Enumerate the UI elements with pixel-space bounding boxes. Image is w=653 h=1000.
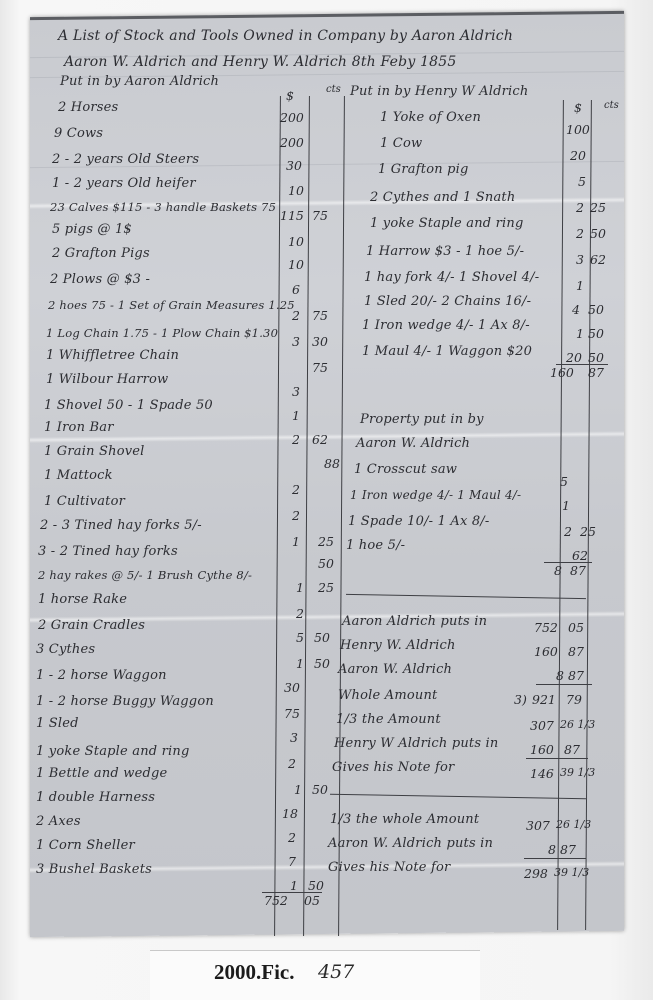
list-item: 1 Iron wedge 4/- 1 Maul 4/- xyxy=(350,488,521,502)
item-cents: 50 xyxy=(312,782,328,797)
summary-cents: 05 xyxy=(568,620,584,635)
item-dollars: 2 xyxy=(296,606,304,621)
list-item: 1 Shovel 50 - 1 Spade 50 xyxy=(44,398,213,413)
list-item: 1 Yoke of Oxen xyxy=(380,110,481,125)
sum-underline xyxy=(526,758,588,759)
list-item: 1 Grain Shovel xyxy=(44,444,145,459)
list-item: 1 hoe 5/- xyxy=(346,538,405,553)
list-item: 3 - 2 Tined hay forks xyxy=(38,544,178,559)
list-item: 1 yoke Staple and ring xyxy=(36,744,190,759)
item-dollars: 20 xyxy=(566,350,582,365)
list-item: 1 Wilbour Harrow xyxy=(46,372,168,387)
aaron-w-total-dollars: 8 xyxy=(554,563,562,578)
item-dollars: 30 xyxy=(284,680,300,695)
item-dollars: 18 xyxy=(282,806,298,821)
list-item: 1 Sled 20/- 2 Chains 16/- xyxy=(364,294,531,309)
list-item: 9 Cows xyxy=(54,126,103,141)
aaron-w-section-heading-2: Aaron W. Aldrich xyxy=(356,436,470,451)
henry-dollar-header: $ xyxy=(574,100,582,115)
item-cents: 75 xyxy=(312,208,328,223)
archive-label-card xyxy=(150,950,480,1000)
summary-row: 1/3 the whole Amount xyxy=(330,812,479,827)
item-cents: 25 xyxy=(318,580,334,595)
summary-divisor: 3) xyxy=(514,692,527,707)
item-dollars: 7 xyxy=(288,854,296,869)
list-item: 1 Cultivator xyxy=(44,494,125,509)
item-dollars: 2 xyxy=(292,508,300,523)
dollar-column-header: $ xyxy=(286,88,294,103)
list-item: 1 Corn Sheller xyxy=(36,838,135,853)
summary-row: 1/3 the Amount xyxy=(336,712,441,727)
list-item: 3 Cythes xyxy=(36,642,95,657)
item-dollars: 1 xyxy=(296,656,304,671)
list-item: 1 Mattock xyxy=(44,468,113,483)
summary-row: Henry W. Aldrich xyxy=(340,638,456,653)
list-item: 1 - 2 horse Buggy Waggon xyxy=(36,694,214,709)
item-dollars: 1 xyxy=(576,326,584,341)
item-dollars: 1 xyxy=(296,580,304,595)
item-dollars: 5 xyxy=(578,174,586,189)
item-cents: 50 xyxy=(588,350,604,365)
sum-underline xyxy=(536,684,592,685)
summary-row: Aaron W. Aldrich xyxy=(338,662,452,677)
item-cents: 25 xyxy=(590,200,606,215)
list-item: 2 hoes 75 - 1 Set of Grain Measures 1.25 xyxy=(48,298,295,312)
left-total-cents: 05 xyxy=(304,893,320,908)
item-dollars: 1 xyxy=(294,782,302,797)
summary-row: Gives his Note for xyxy=(328,860,450,875)
list-item: 2 Axes xyxy=(36,814,81,829)
list-item: 1 Cow xyxy=(380,136,422,151)
list-item: 2 Plows @ $3 - xyxy=(50,272,150,287)
list-item: 1 double Harness xyxy=(36,790,155,805)
list-item: 2 Grafton Pigs xyxy=(52,246,150,261)
summary-cents: 87 xyxy=(560,842,576,857)
list-item: 1 yoke Staple and ring xyxy=(370,216,524,231)
item-cents: 88 xyxy=(324,456,340,471)
item-dollars: 2 xyxy=(564,524,572,539)
henry-prefix: cts xyxy=(326,84,341,95)
list-item: 1 Crosscut saw xyxy=(354,462,457,477)
summary-dollars: 298 xyxy=(524,866,548,881)
list-item: 2 Grain Cradles xyxy=(38,618,145,633)
item-dollars: 20 xyxy=(570,148,586,163)
item-dollars: 75 xyxy=(284,706,300,721)
item-dollars: 5 xyxy=(560,474,568,489)
item-dollars: 1 xyxy=(576,278,584,293)
item-cents: 62 xyxy=(590,252,606,267)
item-dollars: 30 xyxy=(286,158,302,173)
item-cents: 50 xyxy=(308,878,324,893)
summary-dollars: 8 xyxy=(548,842,556,857)
item-dollars: 3 xyxy=(290,730,298,745)
item-dollars: 200 xyxy=(280,135,304,150)
summary-cents: 39 1/3 xyxy=(560,766,595,779)
list-item: 1 Whiffletree Chain xyxy=(46,348,179,363)
item-dollars: 2 xyxy=(292,432,300,447)
henry-cents-header: cts xyxy=(604,100,619,111)
item-cents: 25 xyxy=(580,524,596,539)
item-cents: 30 xyxy=(312,334,328,349)
item-dollars: 1 xyxy=(562,498,570,513)
item-dollars: 2 xyxy=(292,482,300,497)
summary-row: Aaron Aldrich puts in xyxy=(342,614,487,629)
list-item: 23 Calves $115 - 3 handle Baskets 75 xyxy=(50,200,276,214)
item-dollars: 2 xyxy=(576,226,584,241)
item-dollars: 10 xyxy=(288,257,304,272)
item-dollars: 4 xyxy=(572,302,580,317)
item-dollars: 100 xyxy=(566,122,590,137)
summary-dollars: 160 xyxy=(530,742,554,757)
list-item: 2 - 2 years Old Steers xyxy=(52,152,199,167)
summary-dollars: 752 xyxy=(534,620,558,635)
item-dollars: 3 xyxy=(292,334,300,349)
summary-cents: 26 1/3 xyxy=(560,718,595,731)
sum-underline xyxy=(524,858,586,859)
item-dollars: 5 xyxy=(296,630,304,645)
summary-cents: 87 xyxy=(564,742,580,757)
list-item: 1 hay fork 4/- 1 Shovel 4/- xyxy=(364,270,539,285)
item-cents: 25 xyxy=(318,534,334,549)
summary-cents: 79 xyxy=(566,692,582,707)
summary-dollars: 146 xyxy=(530,766,554,781)
summary-cents: 87 xyxy=(568,668,584,683)
list-item: 1 horse Rake xyxy=(38,592,127,607)
list-item: 1 Grafton pig xyxy=(378,162,469,177)
list-item: 2 Cythes and 1 Snath xyxy=(370,190,515,205)
summary-dollars: 921 xyxy=(532,692,556,707)
list-item: 2 - 3 Tined hay forks 5/- xyxy=(40,518,202,533)
henry-total-cents: 87 xyxy=(588,365,604,380)
item-cents: 50 xyxy=(588,326,604,341)
summary-dollars: 307 xyxy=(526,818,550,833)
document-title-line-2: Aaron W. Aldrich and Henry W. Aldrich 8t… xyxy=(64,54,457,70)
item-dollars: 3 xyxy=(576,252,584,267)
list-item: 2 Horses xyxy=(58,100,118,115)
summary-row: Gives his Note for xyxy=(332,760,454,775)
left-section-heading: Put in by Aaron Aldrich xyxy=(60,74,219,89)
item-dollars: 1 xyxy=(292,534,300,549)
item-dollars: 6 xyxy=(292,282,300,297)
list-item: 1 - 2 horse Waggon xyxy=(36,668,167,683)
item-cents: 50 xyxy=(314,630,330,645)
summary-row: Whole Amount xyxy=(338,688,437,703)
item-dollars: 3 xyxy=(292,384,300,399)
list-item: 1 Log Chain 1.75 - 1 Plow Chain $1.30 xyxy=(46,326,278,340)
item-cents: 75 xyxy=(312,360,328,375)
document-title-line-1: A List of Stock and Tools Owned in Compa… xyxy=(58,28,513,44)
item-dollars: 10 xyxy=(288,234,304,249)
item-cents: 62 xyxy=(572,548,588,563)
list-item: 3 Bushel Baskets xyxy=(36,862,152,877)
summary-row: Aaron W. Aldrich puts in xyxy=(328,836,493,851)
summary-cents: 39 1/3 xyxy=(554,866,589,879)
item-dollars: 115 xyxy=(280,208,304,223)
list-item: 1 Iron wedge 4/- 1 Ax 8/- xyxy=(362,318,530,333)
list-item: 5 pigs @ 1$ xyxy=(52,222,132,237)
item-dollars: 10 xyxy=(288,183,304,198)
henry-section-heading: Put in by Henry W Aldrich xyxy=(350,84,528,99)
item-cents: 62 xyxy=(312,432,328,447)
item-dollars: 1 xyxy=(290,878,298,893)
item-cents: 50 xyxy=(590,226,606,241)
list-item: 1 Harrow $3 - 1 hoe 5/- xyxy=(366,244,524,259)
item-dollars: 1 xyxy=(292,408,300,423)
archive-label-printed: 2000.Fic. xyxy=(214,960,294,985)
aaron-w-total-cents: 87 xyxy=(570,563,586,578)
summary-cents: 26 1/3 xyxy=(556,818,591,831)
item-dollars: 2 xyxy=(576,200,584,215)
summary-dollars: 8 xyxy=(556,668,564,683)
item-cents: 75 xyxy=(312,308,328,323)
list-item: 1 - 2 years Old heifer xyxy=(52,176,196,191)
summary-dollars: 307 xyxy=(530,718,554,733)
summary-cents: 87 xyxy=(568,644,584,659)
item-cents: 50 xyxy=(318,556,334,571)
list-item: 1 Maul 4/- 1 Waggon $20 xyxy=(362,344,532,359)
summary-row: Henry W Aldrich puts in xyxy=(334,736,498,751)
list-item: 2 hay rakes @ 5/- 1 Brush Cythe 8/- xyxy=(38,568,252,582)
list-item: 1 Spade 10/- 1 Ax 8/- xyxy=(348,514,489,529)
list-item: 1 Bettle and wedge xyxy=(36,766,167,781)
left-total-dollars: 752 xyxy=(264,893,288,908)
item-dollars: 2 xyxy=(288,830,296,845)
archive-label-handwritten: 457 xyxy=(318,961,354,983)
item-dollars: 2 xyxy=(292,308,300,323)
henry-total-dollars: 160 xyxy=(550,365,574,380)
item-cents: 50 xyxy=(588,302,604,317)
aaron-w-section-heading-1: Property put in by xyxy=(360,412,484,427)
item-dollars: 2 xyxy=(288,756,296,771)
list-item: 1 Iron Bar xyxy=(44,420,114,435)
item-dollars: 200 xyxy=(280,110,304,125)
summary-dollars: 160 xyxy=(534,644,558,659)
list-item: 1 Sled xyxy=(36,716,79,731)
item-cents: 50 xyxy=(314,656,330,671)
